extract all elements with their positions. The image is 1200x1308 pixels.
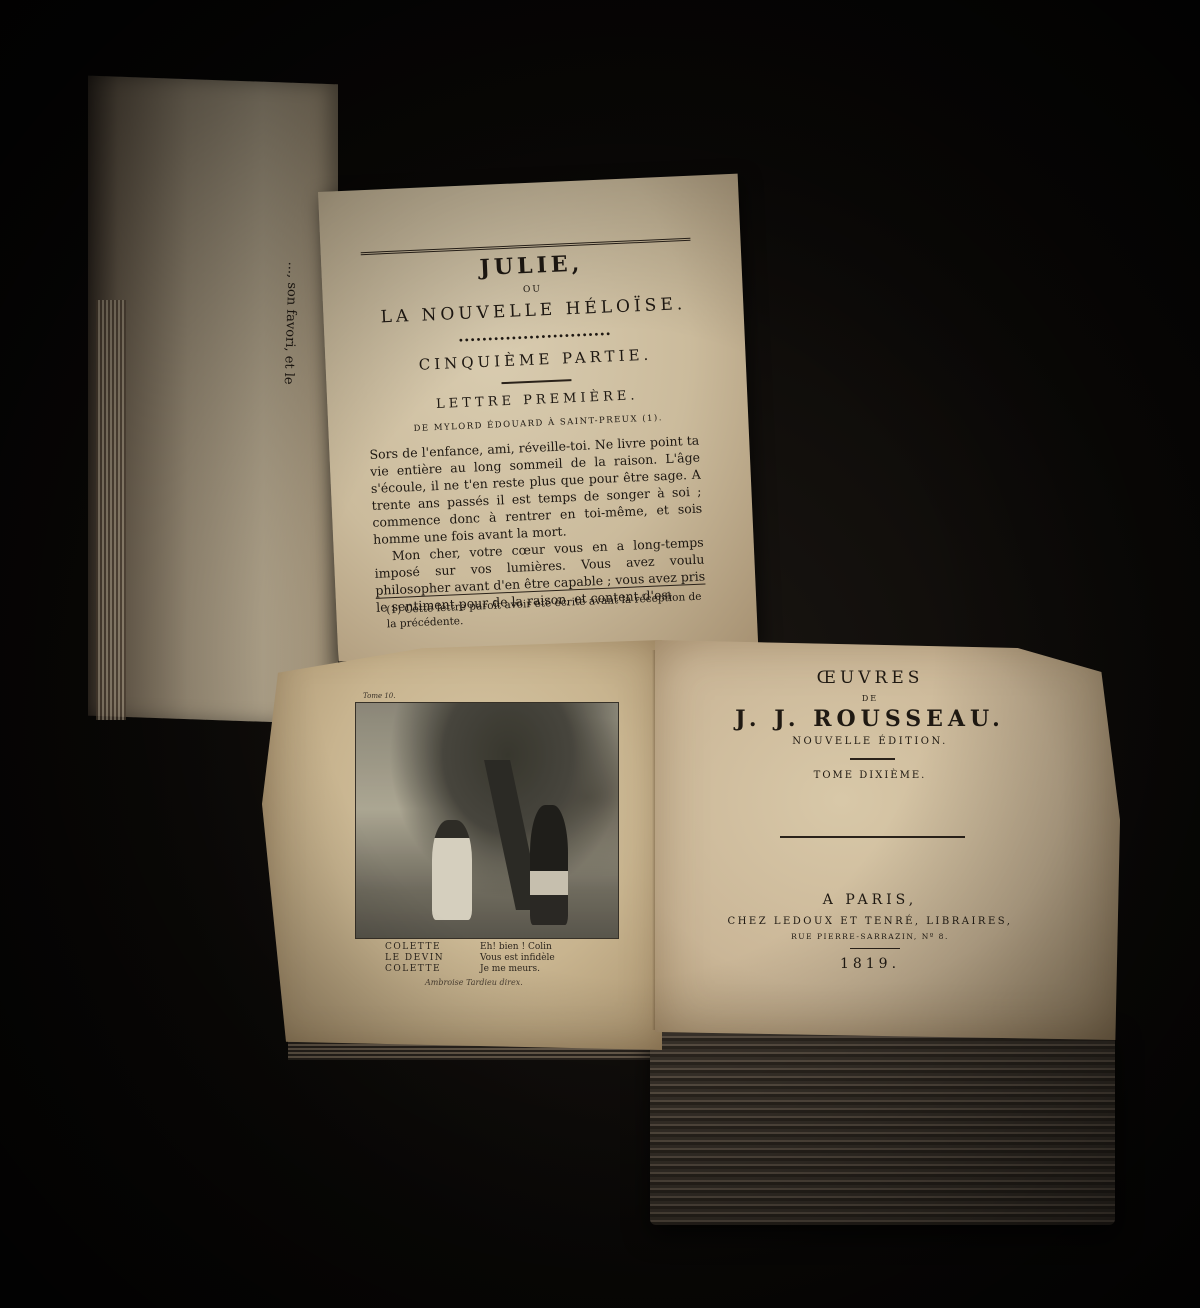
julie-title-page: JULIE, OU LA NOUVELLE HÉLOÏSE. •••••••••… [318, 174, 758, 662]
short-rule [850, 758, 895, 760]
caption-line: COLETTE Je me meurs. [385, 964, 625, 975]
short-rule [501, 379, 571, 384]
oeuvres-title-page: ŒUVRES DE J. J. ROUSSEAU. NOUVELLE ÉDITI… [655, 640, 1120, 1040]
text-block-edges [650, 1030, 1115, 1225]
caption-line: COLETTE Eh! bien ! Colin [385, 942, 625, 953]
edition-label: NOUVELLE ÉDITION. [675, 736, 1065, 747]
letter-body: Sors de l'enfance, ami, réveille-toi. Ne… [369, 432, 706, 616]
paragraph-1: Sors de l'enfance, ami, réveille-toi. Ne… [369, 432, 703, 548]
caption-text: Eh! bien ! Colin [480, 942, 552, 953]
caption-speaker: COLETTE [385, 964, 480, 975]
engraving-figure-colette [432, 820, 472, 920]
engraving-figure-devin [530, 805, 568, 925]
imprint-year: 1819. [675, 956, 1065, 972]
author-name: J. J. ROUSSEAU. [675, 706, 1065, 732]
short-rule [850, 948, 900, 949]
volume-label: TOME DIXIÈME. [675, 770, 1065, 781]
engraving-plate [355, 702, 619, 939]
page-folio: 1 [666, 591, 673, 602]
imprint-publisher: CHEZ LEDOUX ET TENRÉ, LIBRAIRES, [675, 916, 1065, 927]
engraver-credit: Ambroise Tardieu direx. [425, 978, 523, 987]
caption-speaker: COLETTE [385, 942, 480, 953]
caption-text: Je me meurs. [480, 964, 540, 975]
caption-line: LE DEVIN Vous est infidèle [385, 953, 625, 964]
caption-text: Vous est infidèle [480, 953, 555, 964]
imprint-city: A PARIS, [675, 892, 1065, 908]
swelled-rule [780, 836, 965, 838]
plate-volume-label: Tome 10. [363, 692, 395, 700]
page-edges [96, 300, 126, 720]
imprint-address: RUE PIERRE-SARRAZIN, Nº 8. [675, 932, 1065, 941]
plate-caption: COLETTE Eh! bien ! Colin LE DEVIN Vous e… [385, 942, 625, 975]
title-de: DE [675, 694, 1065, 703]
caption-speaker: LE DEVIN [385, 953, 480, 964]
collection-title: ŒUVRES [675, 668, 1065, 688]
